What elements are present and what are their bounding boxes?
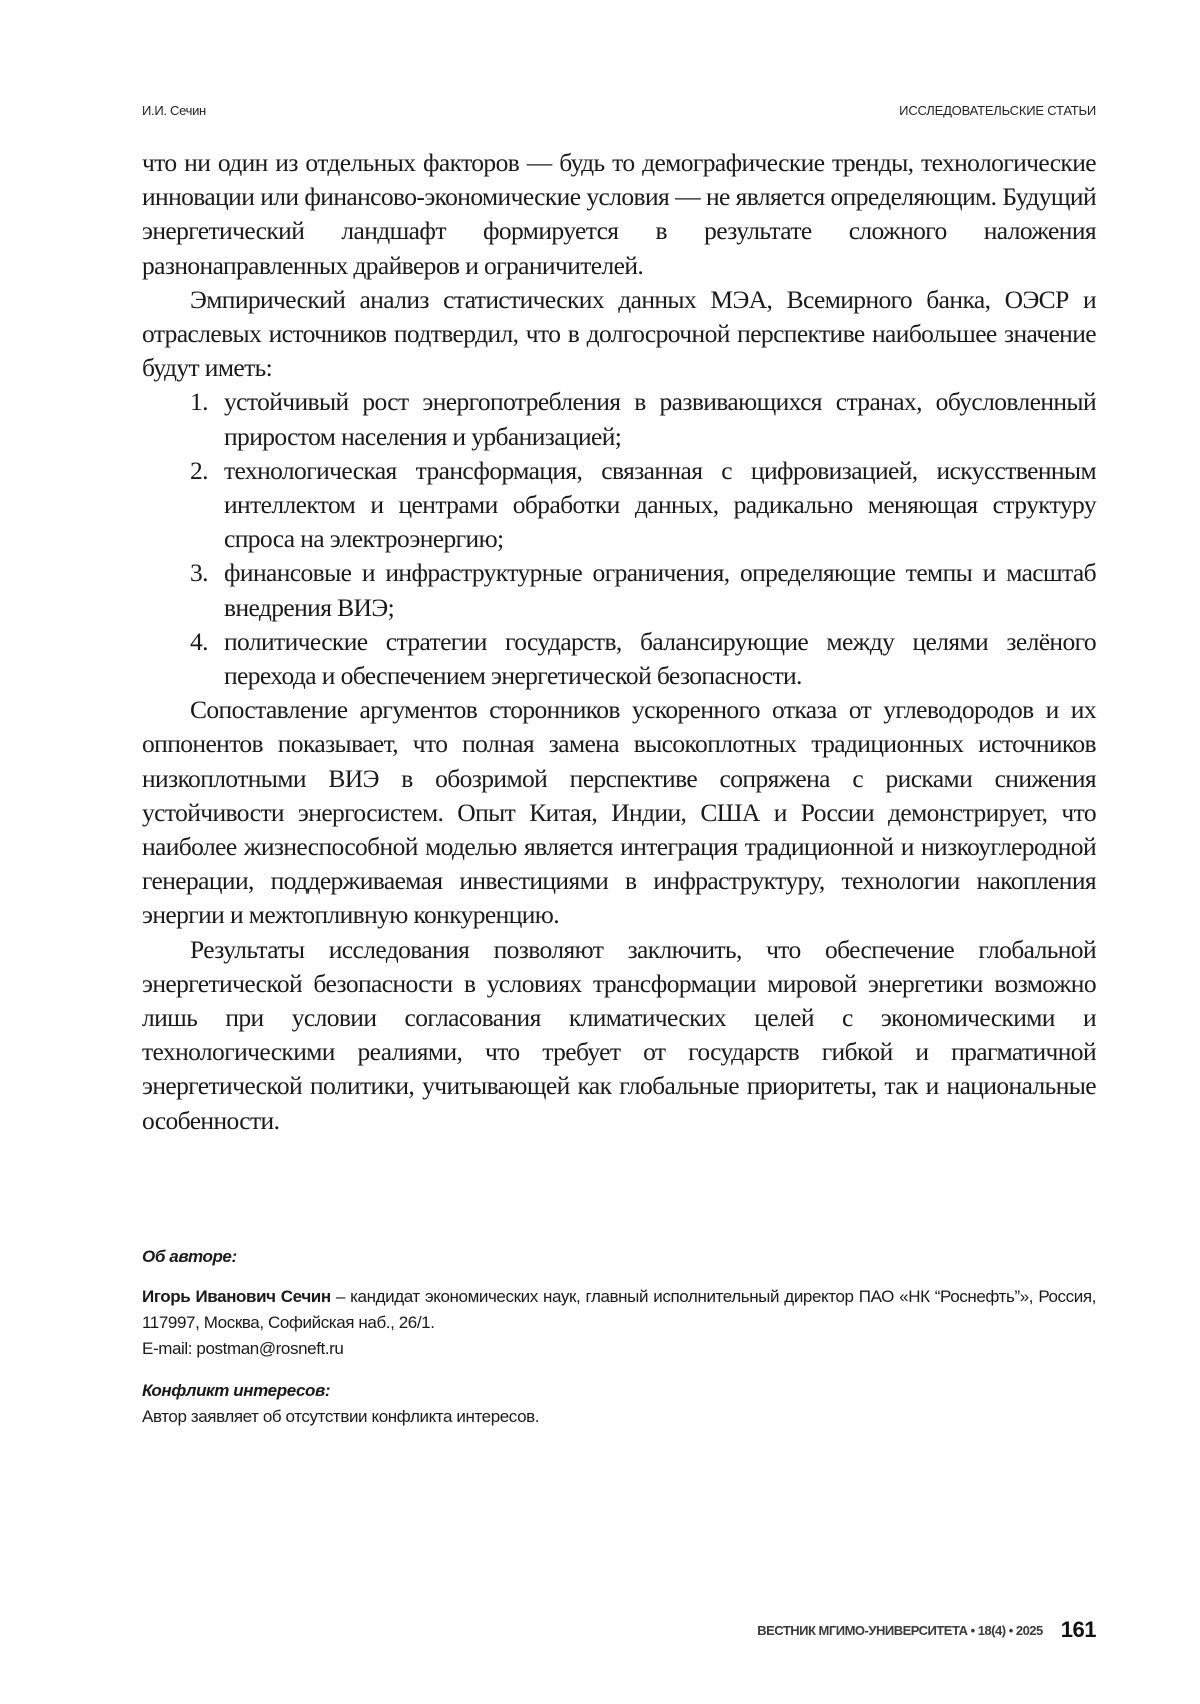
journal-page: И.И. Сечин ИССЛЕДОВАТЕЛЬСКИЕ СТАТЬИ что … (0, 0, 1200, 1704)
paragraph-2: Эмпирический анализ статистических данны… (142, 283, 1096, 386)
author-name: Игорь Иванович Сечин (142, 1287, 331, 1306)
list-item-text: политические стратегии государств, балан… (224, 627, 1096, 690)
running-head-section: ИССЛЕДОВАТЕЛЬСКИЕ СТАТЬИ (899, 103, 1096, 118)
paragraph-4: Результаты исследования позволяют заключ… (142, 933, 1096, 1138)
list-item-text: технологическая трансформация, связанная… (224, 456, 1096, 553)
running-head-author: И.И. Сечин (142, 103, 206, 118)
about-author-section: Об авторе: Игорь Иванович Сечин – кандид… (142, 1244, 1096, 1430)
list-item-text: устойчивый рост энергопотребления в разв… (224, 387, 1096, 450)
list-item: 4. политические стратегии государств, ба… (142, 625, 1096, 693)
author-email[interactable]: E-mail: postman@rosneft.ru (142, 1336, 1096, 1362)
paragraph-1: что ни один из отдельных факторов — будь… (142, 146, 1096, 283)
conflict-of-interest-heading: Конфликт интересов: (142, 1378, 1096, 1404)
paragraph-3: Сопоставление аргументов сторонников уск… (142, 693, 1096, 932)
list-item-number: 4. (190, 625, 208, 659)
journal-citation: ВЕСТНИК МГИМО-УНИВЕРСИТЕТА • 18(4) • 202… (757, 1623, 1043, 1638)
running-head: И.И. Сечин ИССЛЕДОВАТЕЛЬСКИЕ СТАТЬИ (142, 100, 1096, 120)
conflict-of-interest-text: Автор заявляет об отсутствии конфликта и… (142, 1404, 1096, 1430)
about-author-heading: Об авторе: (142, 1244, 1096, 1270)
list-item: 1. устойчивый рост энергопотребления в р… (142, 385, 1096, 453)
page-number: 161 (1061, 1617, 1096, 1643)
author-bio: Игорь Иванович Сечин – кандидат экономич… (142, 1284, 1096, 1336)
page-footer: ВЕСТНИК МГИМО-УНИВЕРСИТЕТА • 18(4) • 202… (757, 1610, 1096, 1650)
list-item-number: 3. (190, 556, 208, 590)
list-item-number: 2. (190, 454, 208, 488)
list-item-text: финансовые и инфраструктурные ограничени… (224, 558, 1096, 621)
list-item: 2. технологическая трансформация, связан… (142, 454, 1096, 557)
list-item: 3. финансовые и инфраструктурные огранич… (142, 556, 1096, 624)
article-body: что ни один из отдельных факторов — будь… (142, 146, 1096, 1138)
list-item-number: 1. (190, 385, 208, 419)
findings-list: 1. устойчивый рост энергопотребления в р… (142, 385, 1096, 693)
